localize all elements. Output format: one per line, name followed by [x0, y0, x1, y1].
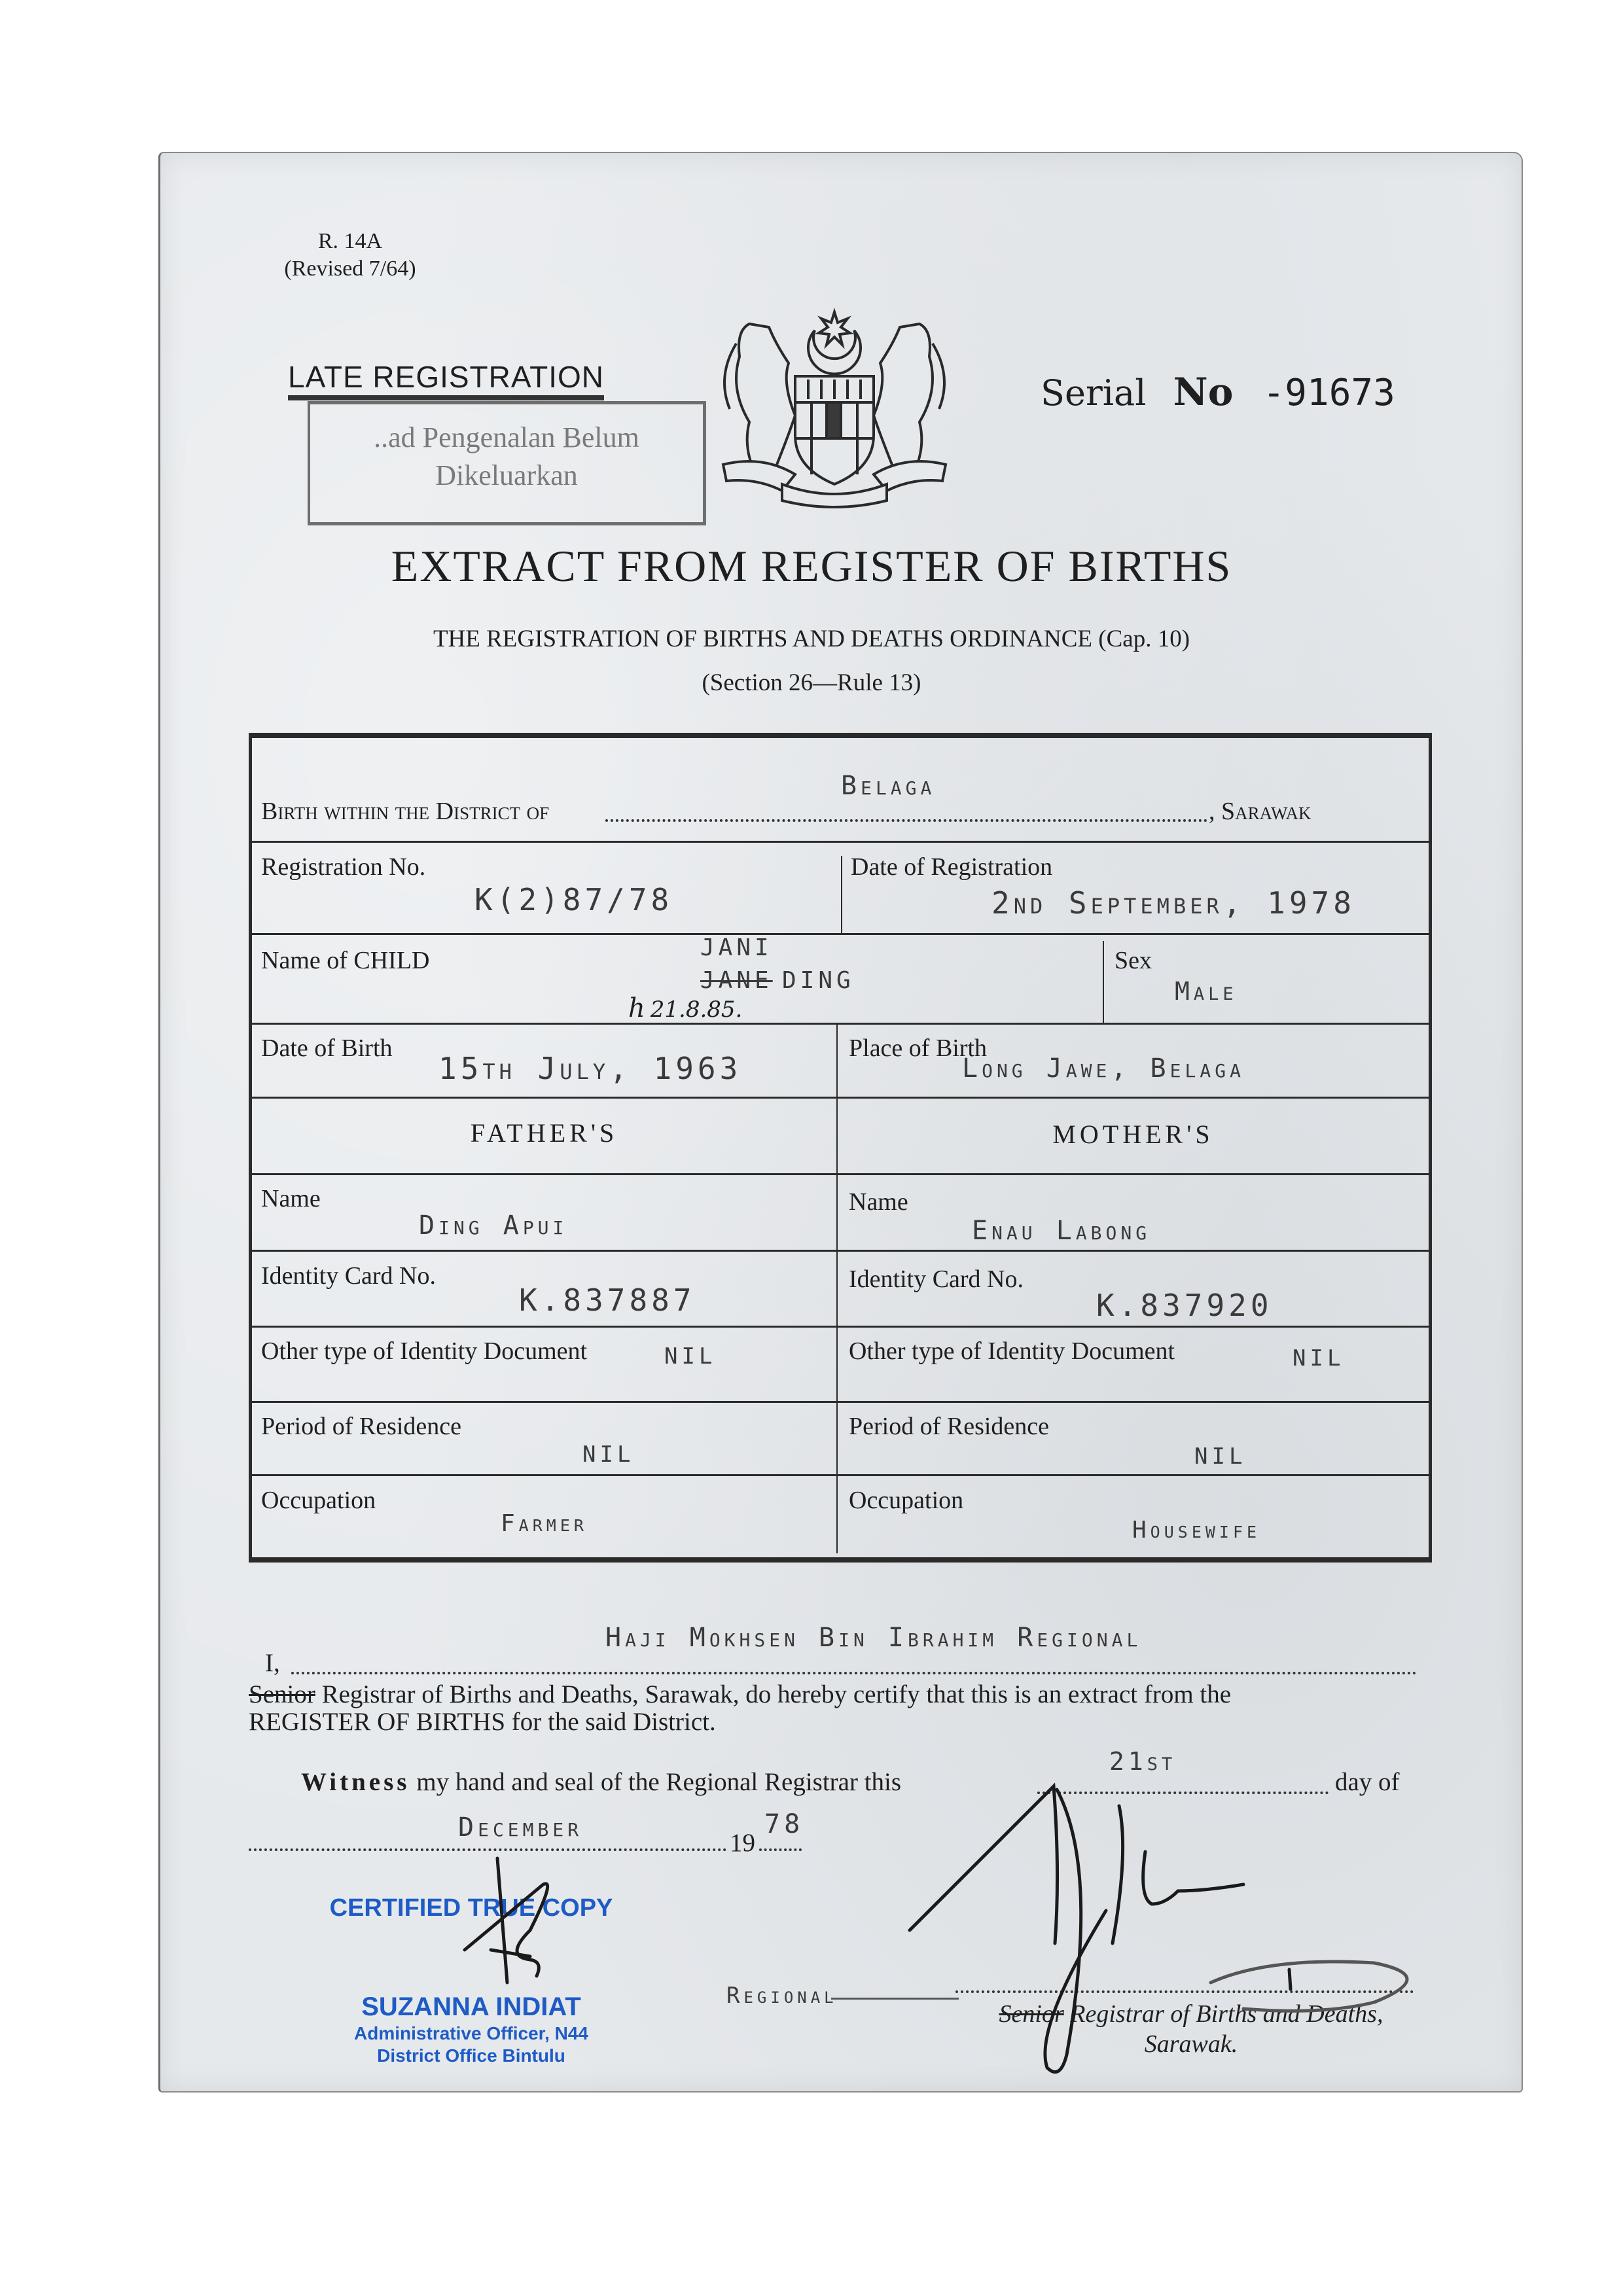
- father-ic-label: Identity Card No.: [261, 1262, 436, 1290]
- document-title: EXTRACT FROM REGISTER OF BIRTHS: [0, 540, 1623, 592]
- form-code-number: R. 14A: [252, 228, 448, 255]
- form-code: R. 14A (Revised 7/64): [252, 228, 448, 283]
- certifier-role: Administrative Officer, N44: [301, 2023, 641, 2044]
- serial-no-symbol: No: [1173, 370, 1234, 414]
- stamp-line-2: Dikeluarkan: [310, 457, 703, 495]
- child-name-label: Name of CHILD: [261, 946, 429, 975]
- father-residence-label: Period of Residence: [261, 1412, 461, 1441]
- witness-bold: Witness: [301, 1768, 410, 1796]
- registrar-dotted-line: [291, 1672, 1417, 1674]
- child-name-surname: DING: [782, 967, 855, 994]
- form-revision: (Revised 7/64): [252, 255, 448, 283]
- father-other-id-value: NIL: [664, 1343, 716, 1369]
- coat-of-arms-icon: [710, 304, 959, 507]
- certify-statement: Senior Registrar of Births and Deaths, S…: [249, 1680, 1427, 1709]
- struck-senior: Senior: [249, 1680, 315, 1708]
- place-of-birth-value: Long Jawe, Belaga: [962, 1053, 1245, 1084]
- mother-name-label: Name: [849, 1188, 908, 1216]
- district-dotted-line: [605, 819, 1207, 822]
- year-prefix: 19: [730, 1829, 755, 1858]
- date-of-birth-label: Date of Birth: [261, 1034, 393, 1063]
- date-of-registration-value: 2nd September, 1978: [991, 885, 1355, 921]
- father-name-label: Name: [261, 1184, 321, 1213]
- father-ic-value: K.837887: [519, 1282, 696, 1318]
- stamp-line-1: ..ad Pengenalan Belum: [310, 419, 703, 457]
- date-of-birth-value: 15th July, 1963: [438, 1051, 741, 1086]
- year-value: 78: [764, 1809, 804, 1839]
- certifier-name: SUZANNA INDIAT: [301, 1992, 641, 2022]
- mother-occupation-value: Housewife: [1132, 1517, 1260, 1544]
- registration-no-label: Registration No.: [261, 853, 425, 881]
- mother-section-header: MOTHER'S: [838, 1119, 1429, 1150]
- register-extract-form: Birth within the District of Belaga , Sa…: [249, 733, 1432, 1563]
- father-occupation-value: Farmer: [501, 1510, 588, 1537]
- child-name-struck: JANE: [700, 967, 773, 994]
- certifier-signature-icon: [445, 1852, 576, 1996]
- father-section-header: FATHER'S: [252, 1118, 836, 1148]
- registrar-signature-icon: [903, 1793, 1427, 2087]
- certify-i-label: I,: [265, 1649, 280, 1678]
- mother-ic-label: Identity Card No.: [849, 1265, 1024, 1294]
- month-value: December: [458, 1812, 582, 1843]
- district-value: Belaga: [841, 771, 935, 801]
- serial-label: Serial: [1041, 372, 1147, 414]
- typed-regional: Regional: [726, 1983, 838, 2009]
- identity-card-not-issued-stamp: ..ad Pengenalan Belum Dikeluarkan: [308, 401, 706, 525]
- sex-value: Male: [1175, 977, 1238, 1006]
- father-residence-value: NIL: [582, 1441, 634, 1468]
- child-name-annotation: h21.8.85.: [628, 993, 742, 1023]
- sex-label: Sex: [1115, 946, 1152, 975]
- serial-value: -91673: [1263, 372, 1395, 414]
- certifier-office: District Office Bintulu: [301, 2045, 641, 2066]
- father-occupation-label: Occupation: [261, 1486, 376, 1515]
- mother-other-id-label: Other type of Identity Document: [849, 1337, 1175, 1366]
- child-name-correction: JANI: [700, 934, 773, 961]
- mother-other-id-value: NIL: [1293, 1345, 1344, 1371]
- mother-occupation-label: Occupation: [849, 1486, 963, 1515]
- day-value: 21st: [1109, 1747, 1176, 1776]
- registrar-name-typed: Haji Mokhsen Bin Ibrahim Regional: [605, 1623, 1141, 1653]
- witness-line: Witness my hand and seal of the Regional…: [301, 1768, 901, 1797]
- father-name-value: Ding Apui: [419, 1210, 567, 1241]
- document-subtitle: THE REGISTRATION OF BIRTHS AND DEATHS OR…: [0, 625, 1623, 653]
- district-label: Birth within the District of: [261, 797, 549, 826]
- registration-no-value: K(2)87/78: [474, 882, 673, 917]
- mother-residence-label: Period of Residence: [849, 1412, 1049, 1441]
- district-suffix: , Sarawak: [1209, 797, 1311, 826]
- mother-ic-value: K.837920: [1096, 1288, 1273, 1323]
- mother-name-value: Enau Labong: [972, 1216, 1150, 1246]
- date-of-registration-label: Date of Registration: [851, 853, 1052, 881]
- serial-number: Serial No -91673: [1041, 370, 1395, 414]
- mother-residence-value: NIL: [1194, 1443, 1246, 1470]
- month-dotted-line: [249, 1848, 726, 1851]
- late-registration-heading: LATE REGISTRATION: [288, 360, 604, 400]
- father-other-id-label: Other type of Identity Document: [261, 1337, 587, 1366]
- document-section: (Section 26—Rule 13): [0, 669, 1623, 697]
- certify-statement-2: REGISTER OF BIRTHS for the said District…: [249, 1708, 716, 1737]
